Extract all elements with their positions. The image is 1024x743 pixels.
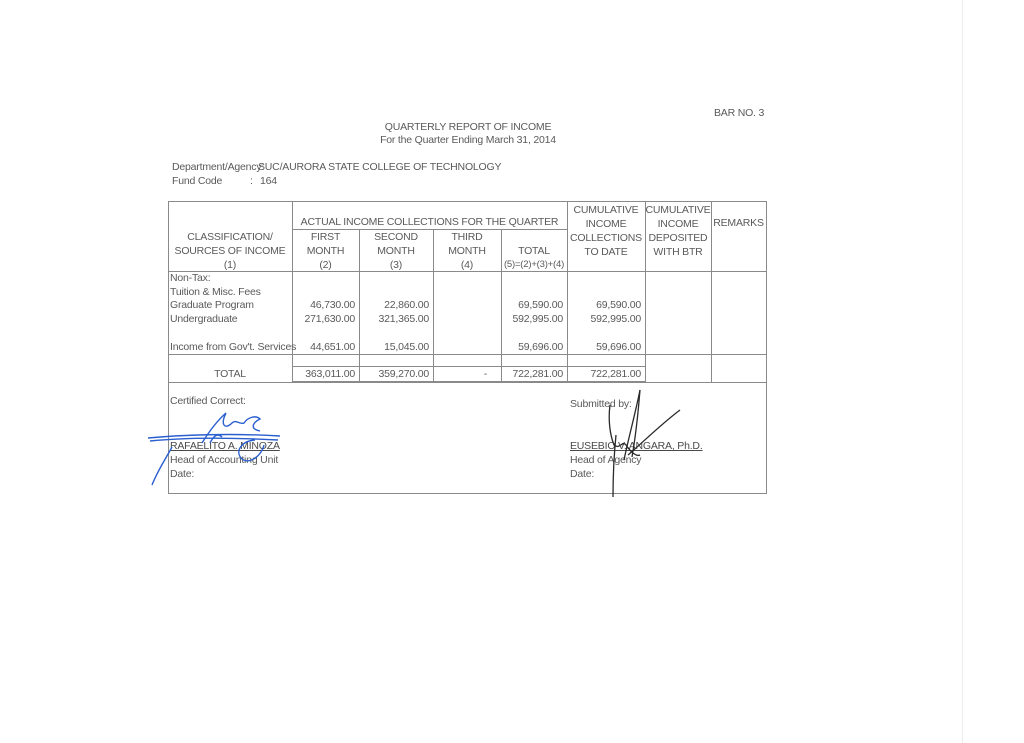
header-third-line1: THIRD [433, 230, 501, 244]
row-second-month: 15,045.00 [359, 341, 429, 353]
header-total: TOTAL (5)=(2)+(3)+(4) [501, 244, 567, 272]
header-second-line1: SECOND [359, 230, 433, 244]
row-label: Undergraduate [170, 313, 290, 325]
black-signature-icon [580, 385, 690, 500]
row-cumulative: 592,995.00 [567, 313, 641, 325]
header-second-line3: (3) [359, 258, 433, 272]
row-second-month: 321,365.00 [359, 313, 429, 325]
row-total: 592,995.00 [501, 313, 563, 325]
header-cum-dep-line3: DEPOSITED [645, 231, 711, 245]
header-cum-coll-line1: CUMULATIVE [567, 203, 645, 217]
blue-signature-icon [140, 405, 300, 490]
header-cumulative-collections: CUMULATIVE INCOME COLLECTIONS TO DATE [567, 203, 645, 259]
header-actual-collections: ACTUAL INCOME COLLECTIONS FOR THE QUARTE… [292, 216, 567, 228]
total-total: 722,281.00 [501, 368, 563, 380]
header-classification: CLASSIFICATION/ SOURCES OF INCOME (1) [168, 230, 292, 272]
header-second-month: SECOND MONTH (3) [359, 230, 433, 272]
row-total: 59,696.00 [501, 341, 563, 353]
total-cumulative: 722,281.00 [567, 368, 641, 380]
row-cumulative: 69,590.00 [567, 299, 641, 311]
row-total: 69,590.00 [501, 299, 563, 311]
header-first-line1: FIRST [292, 230, 359, 244]
total-first: 363,011.00 [292, 368, 355, 380]
bar-number: BAR NO. 3 [714, 107, 764, 119]
fund-code-separator: : [250, 175, 253, 187]
header-cum-coll-line3: COLLECTIONS [567, 231, 645, 245]
report-title: QUARTERLY REPORT OF INCOME [368, 121, 568, 133]
row-second-month: 22,860.00 [359, 299, 429, 311]
header-first-line2: MONTH [292, 244, 359, 258]
row-label: Income from Gov't. Services [170, 341, 290, 353]
fund-code-label: Fund Code [172, 175, 222, 187]
header-cum-coll-line4: TO DATE [567, 245, 645, 259]
header-cum-dep-line1: CUMULATIVE [645, 203, 711, 217]
header-third-month: THIRD MONTH (4) [433, 230, 501, 272]
header-classification-line1: CLASSIFICATION/ [168, 230, 292, 244]
row-label: Tuition & Misc. Fees [170, 286, 290, 298]
fund-code-value: 164 [260, 175, 277, 187]
total-third: - [433, 368, 487, 380]
page-edge [962, 0, 963, 743]
header-classification-line2: SOURCES OF INCOME [168, 244, 292, 258]
header-cum-coll-line2: INCOME [567, 217, 645, 231]
header-third-line2: MONTH [433, 244, 501, 258]
department-label: Department/Agency: [172, 161, 264, 173]
total-label: TOTAL [168, 368, 292, 380]
row-first-month: 44,651.00 [292, 341, 355, 353]
header-total-line2: (5)=(2)+(3)+(4) [501, 258, 567, 272]
header-cum-dep-line2: INCOME [645, 217, 711, 231]
total-second: 359,270.00 [359, 368, 429, 380]
row-label: Non-Tax: [170, 272, 290, 284]
header-cumulative-deposited: CUMULATIVE INCOME DEPOSITED WITH BTR [645, 203, 711, 259]
header-classification-line3: (1) [168, 258, 292, 272]
header-first-month: FIRST MONTH (2) [292, 230, 359, 272]
row-first-month: 46,730.00 [292, 299, 355, 311]
row-first-month: 271,630.00 [292, 313, 355, 325]
row-cumulative: 59,696.00 [567, 341, 641, 353]
header-remarks: REMARKS [711, 217, 766, 229]
row-label: Graduate Program [170, 299, 290, 311]
header-first-line3: (2) [292, 258, 359, 272]
header-second-line2: MONTH [359, 244, 433, 258]
department-value: SUC/AURORA STATE COLLEGE OF TECHNOLOGY [258, 161, 501, 173]
header-cum-dep-line4: WITH BTR [645, 245, 711, 259]
header-third-line3: (4) [433, 258, 501, 272]
header-total-line1: TOTAL [501, 244, 567, 258]
report-subtitle: For the Quarter Ending March 31, 2014 [368, 134, 568, 146]
